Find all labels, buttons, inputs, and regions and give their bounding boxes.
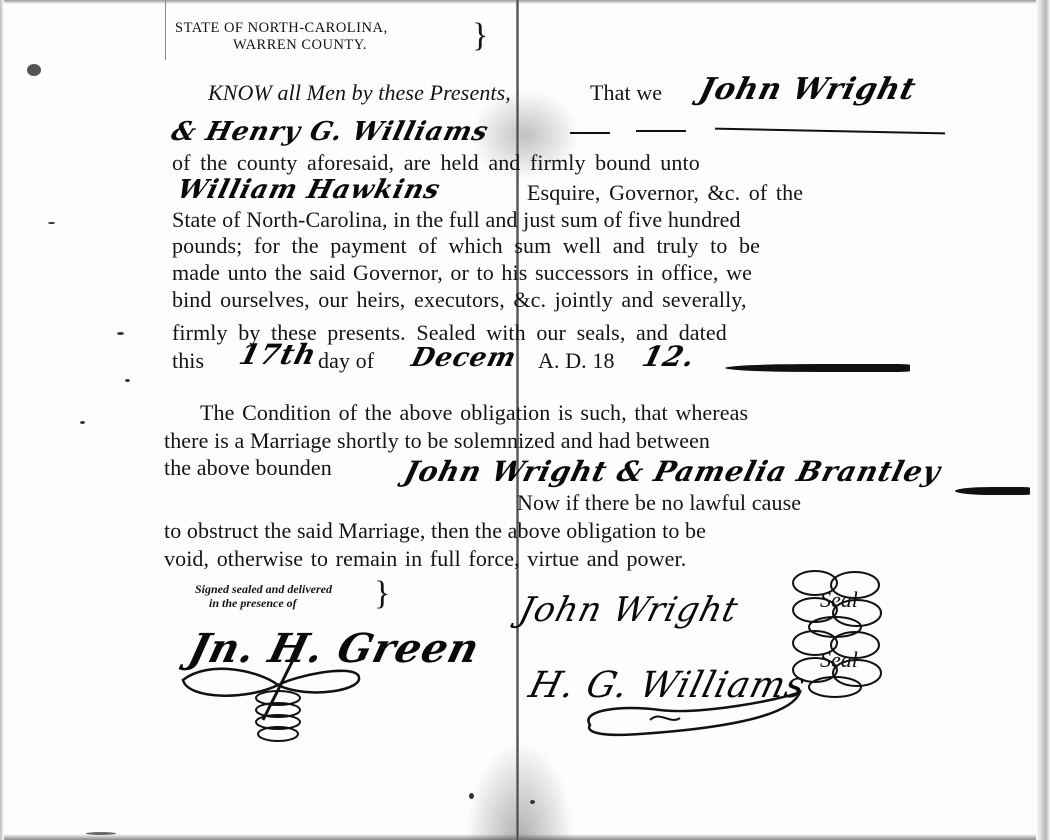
signatory-signature-john-wright: John Wright — [515, 590, 743, 630]
seal-label: Seal — [820, 647, 858, 672]
ink-speck — [530, 800, 535, 804]
principal-name-handwritten: John Wright — [696, 72, 920, 107]
ink-speck — [469, 793, 474, 799]
paper-edge-top — [0, 0, 1050, 4]
year-prefix: A. D. 18 — [538, 348, 615, 374]
ink-speck — [125, 379, 130, 382]
ink-spot — [27, 64, 41, 76]
paper-edge-right — [1036, 0, 1050, 840]
ink-speck — [48, 222, 55, 224]
ink-speck — [80, 421, 85, 424]
witness-label-line2: in the presence of — [195, 596, 332, 610]
text-line: of the county aforesaid, are held and fi… — [172, 150, 700, 176]
date-prefix: this — [172, 348, 204, 374]
blank-rule — [636, 130, 686, 132]
day-handwritten: 17th — [236, 338, 320, 371]
witness-attestation: Signed sealed and delivered in the prese… — [195, 582, 332, 610]
ink-flourish — [955, 487, 1030, 495]
seal-flourish-2: Seal — [785, 625, 895, 700]
text-line: Now if there be no lawful cause — [517, 490, 801, 516]
margin-rule — [165, 0, 166, 60]
ink-speck — [86, 832, 116, 835]
blank-rule — [715, 128, 945, 135]
text-line: to obstruct the said Marriage, then the … — [164, 518, 706, 544]
fold-smudge — [465, 740, 575, 840]
text-line: the above bounden — [164, 455, 332, 481]
text-line: Esquire, Governor, &c. of the — [527, 180, 803, 206]
state-heading: STATE OF NORTH-CAROLINA, — [175, 20, 388, 37]
williams-paraph-flourish — [580, 690, 810, 740]
text-line: State of North-Carolina, in the full and… — [172, 207, 741, 233]
year-suffix-handwritten: 12. — [639, 340, 699, 373]
witness-paraph-flourish — [178, 660, 378, 750]
text-line: made unto the said Governor, or to his s… — [172, 260, 752, 286]
document-header: STATE OF NORTH-CAROLINA, WARREN COUNTY. … — [175, 20, 388, 54]
month-handwritten: Decem — [408, 343, 519, 373]
county-heading: WARREN COUNTY. — [175, 37, 388, 54]
date-middle: day of — [318, 348, 374, 374]
text-line: there is a Marriage shortly to be solemn… — [164, 428, 710, 454]
ink-speck — [117, 332, 124, 335]
text-line: void, otherwise to remain in full force,… — [164, 546, 686, 572]
paper-edge-left — [0, 0, 4, 840]
text-line: The Condition of the above obligation is… — [200, 400, 748, 426]
scanned-document-page: STATE OF NORTH-CAROLINA, WARREN COUNTY. … — [0, 0, 1050, 840]
header-brace: } — [472, 18, 489, 54]
governor-name-handwritten: William Hawkins — [174, 175, 443, 205]
surety-name-handwritten: & Henry G. Williams — [168, 117, 492, 147]
seal-label: Seal — [820, 587, 858, 612]
blank-rule — [570, 132, 610, 134]
couple-names-handwritten: John Wright & Pamelia Brantley — [401, 455, 944, 488]
opening-that-we: That we — [590, 80, 662, 106]
text-line: pounds; for the payment of which sum wel… — [172, 233, 760, 259]
ink-flourish — [725, 364, 910, 372]
witness-label-line1: Signed sealed and delivered — [195, 582, 332, 596]
witness-brace: } — [374, 576, 390, 612]
opening-phrase: KNOW all Men by these Presents, — [208, 80, 511, 106]
text-line: bind ourselves, our heirs, executors, &c… — [172, 287, 747, 313]
